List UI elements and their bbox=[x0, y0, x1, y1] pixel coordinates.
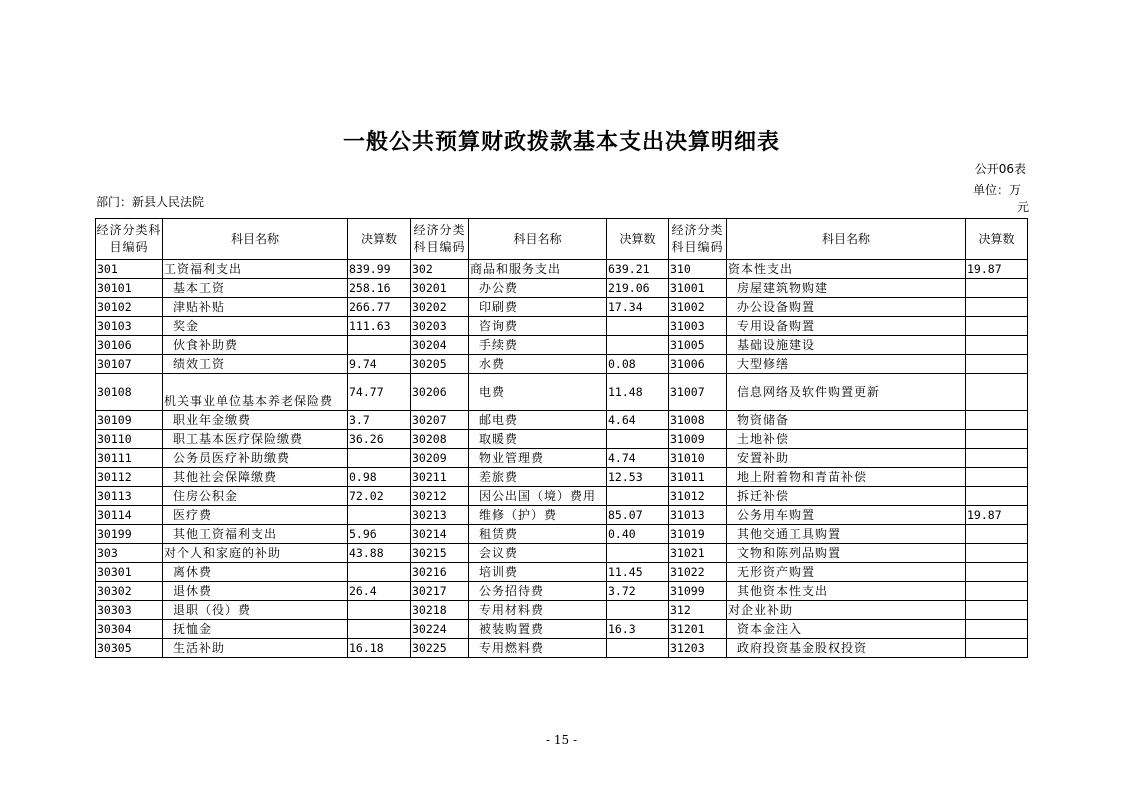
cell-amount bbox=[966, 411, 1028, 430]
cell-code: 30113 bbox=[96, 487, 163, 506]
cell-name: 政府投资基金股权投资 bbox=[727, 639, 966, 658]
cell-name: 租赁费 bbox=[469, 525, 607, 544]
cell-amount: 5.96 bbox=[348, 525, 411, 544]
cell-name: 专用设备购置 bbox=[727, 317, 966, 336]
form-number: 公开06表 bbox=[975, 160, 1026, 177]
cell-amount: 11.45 bbox=[607, 563, 669, 582]
cell-amount: 17.34 bbox=[607, 298, 669, 317]
cell-amount: 0.98 bbox=[348, 468, 411, 487]
cell-amount: 74.77 bbox=[348, 374, 411, 411]
cell-name: 文物和陈列品购置 bbox=[727, 544, 966, 563]
table-row: 30107绩效工资9.7430205水费0.0831006大型修缮 bbox=[96, 355, 1028, 374]
table-header-row: 经济分类科目编码 科目名称 决算数 经济分类科目编码 科目名称 决算数 经济分类… bbox=[96, 219, 1028, 260]
cell-amount: 3.72 bbox=[607, 582, 669, 601]
cell-code: 30106 bbox=[96, 336, 163, 355]
cell-code: 31007 bbox=[669, 374, 727, 411]
cell-name: 公务招待费 bbox=[469, 582, 607, 601]
cell-code: 31006 bbox=[669, 355, 727, 374]
cell-code: 30202 bbox=[411, 298, 469, 317]
cell-code: 30301 bbox=[96, 563, 163, 582]
header-amount-2: 决算数 bbox=[607, 219, 669, 260]
cell-name: 因公出国（境）费用 bbox=[469, 487, 607, 506]
cell-amount: 266.77 bbox=[348, 298, 411, 317]
cell-name: 资本性支出 bbox=[727, 260, 966, 279]
cell-amount bbox=[966, 298, 1028, 317]
cell-code: 31009 bbox=[669, 430, 727, 449]
cell-amount: 9.74 bbox=[348, 355, 411, 374]
cell-name: 物业管理费 bbox=[469, 449, 607, 468]
cell-code: 31201 bbox=[669, 620, 727, 639]
cell-name: 大型修缮 bbox=[727, 355, 966, 374]
cell-name: 对个人和家庭的补助 bbox=[163, 544, 348, 563]
cell-name: 医疗费 bbox=[163, 506, 348, 525]
cell-code: 30109 bbox=[96, 411, 163, 430]
cell-code: 303 bbox=[96, 544, 163, 563]
cell-name: 奖金 bbox=[163, 317, 348, 336]
cell-code: 31012 bbox=[669, 487, 727, 506]
cell-code: 301 bbox=[96, 260, 163, 279]
table-row: 30199其他工资福利支出5.9630214租赁费0.4031019其他交通工具… bbox=[96, 525, 1028, 544]
cell-name: 水费 bbox=[469, 355, 607, 374]
cell-code: 30206 bbox=[411, 374, 469, 411]
cell-name: 拆迁补偿 bbox=[727, 487, 966, 506]
cell-code: 30304 bbox=[96, 620, 163, 639]
cell-code: 30199 bbox=[96, 525, 163, 544]
cell-name: 办公费 bbox=[469, 279, 607, 298]
table-row: 301工资福利支出839.99302商品和服务支出639.21310资本性支出1… bbox=[96, 260, 1028, 279]
cell-code: 31019 bbox=[669, 525, 727, 544]
cell-code: 31203 bbox=[669, 639, 727, 658]
cell-amount: 16.3 bbox=[607, 620, 669, 639]
cell-amount bbox=[348, 601, 411, 620]
cell-amount bbox=[348, 620, 411, 639]
cell-code: 30216 bbox=[411, 563, 469, 582]
page-number: - 15 - bbox=[0, 733, 1123, 747]
cell-name: 印刷费 bbox=[469, 298, 607, 317]
unit-label-line2: 元 bbox=[973, 199, 1029, 216]
cell-name: 伙食补助费 bbox=[163, 336, 348, 355]
cell-amount bbox=[607, 317, 669, 336]
table-row: 30111公务员医疗补助缴费30209物业管理费4.7431010安置补助 bbox=[96, 449, 1028, 468]
cell-amount bbox=[966, 279, 1028, 298]
cell-name: 维修（护）费 bbox=[469, 506, 607, 525]
cell-amount bbox=[607, 430, 669, 449]
cell-name: 其他社会保障缴费 bbox=[163, 468, 348, 487]
cell-amount bbox=[966, 355, 1028, 374]
cell-amount bbox=[966, 487, 1028, 506]
header-name-2: 科目名称 bbox=[469, 219, 607, 260]
cell-name: 物资储备 bbox=[727, 411, 966, 430]
cell-code: 31002 bbox=[669, 298, 727, 317]
cell-code: 30217 bbox=[411, 582, 469, 601]
cell-amount: 4.64 bbox=[607, 411, 669, 430]
cell-name: 基础设施建设 bbox=[727, 336, 966, 355]
cell-name: 无形资产购置 bbox=[727, 563, 966, 582]
cell-name: 机关事业单位基本养老保险费 bbox=[163, 374, 348, 411]
cell-name: 其他交通工具购置 bbox=[727, 525, 966, 544]
cell-code: 30218 bbox=[411, 601, 469, 620]
table-row: 30110职工基本医疗保险缴费36.2630208取暖费31009土地补偿 bbox=[96, 430, 1028, 449]
cell-amount: 36.26 bbox=[348, 430, 411, 449]
cell-name: 差旅费 bbox=[469, 468, 607, 487]
cell-name: 地上附着物和青苗补偿 bbox=[727, 468, 966, 487]
cell-amount: 0.40 bbox=[607, 525, 669, 544]
cell-name: 绩效工资 bbox=[163, 355, 348, 374]
cell-amount bbox=[966, 525, 1028, 544]
cell-code: 30101 bbox=[96, 279, 163, 298]
cell-name: 基本工资 bbox=[163, 279, 348, 298]
header-name-3: 科目名称 bbox=[727, 219, 966, 260]
cell-amount: 12.53 bbox=[607, 468, 669, 487]
cell-name: 退职（役）费 bbox=[163, 601, 348, 620]
cell-amount bbox=[348, 506, 411, 525]
cell-amount bbox=[966, 430, 1028, 449]
table-row: 30113住房公积金72.0230212因公出国（境）费用31012拆迁补偿 bbox=[96, 487, 1028, 506]
cell-amount: 219.06 bbox=[607, 279, 669, 298]
cell-code: 30215 bbox=[411, 544, 469, 563]
cell-name: 电费 bbox=[469, 374, 607, 411]
cell-code: 31005 bbox=[669, 336, 727, 355]
cell-name: 专用燃料费 bbox=[469, 639, 607, 658]
cell-code: 30203 bbox=[411, 317, 469, 336]
cell-name: 商品和服务支出 bbox=[469, 260, 607, 279]
cell-code: 310 bbox=[669, 260, 727, 279]
cell-amount bbox=[607, 336, 669, 355]
department-label: 部门：新县人民法院 bbox=[96, 193, 204, 210]
cell-code: 30107 bbox=[96, 355, 163, 374]
cell-code: 31010 bbox=[669, 449, 727, 468]
unit-label-line1: 单位：万 bbox=[973, 182, 1029, 199]
cell-amount bbox=[966, 601, 1028, 620]
cell-amount: 26.4 bbox=[348, 582, 411, 601]
cell-code: 31001 bbox=[669, 279, 727, 298]
cell-code: 30225 bbox=[411, 639, 469, 658]
page-title: 一般公共预算财政拨款基本支出决算明细表 bbox=[0, 125, 1123, 156]
cell-name: 津贴补贴 bbox=[163, 298, 348, 317]
cell-amount bbox=[607, 601, 669, 620]
cell-amount bbox=[966, 317, 1028, 336]
cell-amount bbox=[966, 544, 1028, 563]
cell-code: 30207 bbox=[411, 411, 469, 430]
table-row: 30101基本工资258.1630201办公费219.0631001房屋建筑物购… bbox=[96, 279, 1028, 298]
table-row: 30302退休费26.430217公务招待费3.7231099其他资本性支出 bbox=[96, 582, 1028, 601]
cell-code: 31099 bbox=[669, 582, 727, 601]
table-row: 30106伙食补助费30204手续费31005基础设施建设 bbox=[96, 336, 1028, 355]
cell-code: 30213 bbox=[411, 506, 469, 525]
cell-amount: 19.87 bbox=[966, 506, 1028, 525]
table-body: 301工资福利支出839.99302商品和服务支出639.21310资本性支出1… bbox=[96, 260, 1028, 658]
cell-name: 职业年金缴费 bbox=[163, 411, 348, 430]
cell-amount: 16.18 bbox=[348, 639, 411, 658]
cell-name: 培训费 bbox=[469, 563, 607, 582]
cell-code: 30208 bbox=[411, 430, 469, 449]
cell-code: 30305 bbox=[96, 639, 163, 658]
cell-name: 生活补助 bbox=[163, 639, 348, 658]
cell-amount bbox=[966, 639, 1028, 658]
cell-name: 工资福利支出 bbox=[163, 260, 348, 279]
cell-code: 30110 bbox=[96, 430, 163, 449]
cell-name: 对企业补助 bbox=[727, 601, 966, 620]
cell-amount: 111.63 bbox=[348, 317, 411, 336]
cell-name: 其他资本性支出 bbox=[727, 582, 966, 601]
cell-name: 咨询费 bbox=[469, 317, 607, 336]
cell-code: 30103 bbox=[96, 317, 163, 336]
cell-name: 退休费 bbox=[163, 582, 348, 601]
cell-name: 其他工资福利支出 bbox=[163, 525, 348, 544]
cell-code: 30111 bbox=[96, 449, 163, 468]
cell-amount: 639.21 bbox=[607, 260, 669, 279]
cell-amount: 0.08 bbox=[607, 355, 669, 374]
cell-amount bbox=[966, 582, 1028, 601]
table-row: 30301离休费30216培训费11.4531022无形资产购置 bbox=[96, 563, 1028, 582]
table-row: 30103奖金111.6330203咨询费31003专用设备购置 bbox=[96, 317, 1028, 336]
cell-name: 专用材料费 bbox=[469, 601, 607, 620]
cell-amount bbox=[966, 468, 1028, 487]
cell-code: 31013 bbox=[669, 506, 727, 525]
cell-code: 31021 bbox=[669, 544, 727, 563]
unit-label: 单位：万 元 bbox=[973, 182, 1029, 216]
cell-amount bbox=[966, 563, 1028, 582]
cell-name: 会议费 bbox=[469, 544, 607, 563]
table-row: 30108机关事业单位基本养老保险费74.7730206电费11.4831007… bbox=[96, 374, 1028, 411]
header-name-1: 科目名称 bbox=[163, 219, 348, 260]
table-row: 30114医疗费30213维修（护）费85.0731013公务用车购置19.87 bbox=[96, 506, 1028, 525]
cell-name: 办公设备购置 bbox=[727, 298, 966, 317]
header-amount-3: 决算数 bbox=[966, 219, 1028, 260]
expenditure-table: 经济分类科目编码 科目名称 决算数 经济分类科目编码 科目名称 决算数 经济分类… bbox=[95, 218, 1028, 658]
cell-name: 公务员医疗补助缴费 bbox=[163, 449, 348, 468]
cell-code: 31003 bbox=[669, 317, 727, 336]
cell-amount: 72.02 bbox=[348, 487, 411, 506]
cell-amount bbox=[966, 336, 1028, 355]
cell-name: 土地补偿 bbox=[727, 430, 966, 449]
cell-name: 信息网络及软件购置更新 bbox=[727, 374, 966, 411]
cell-code: 30224 bbox=[411, 620, 469, 639]
cell-name: 住房公积金 bbox=[163, 487, 348, 506]
table-row: 30303退职（役）费30218专用材料费312对企业补助 bbox=[96, 601, 1028, 620]
cell-code: 30114 bbox=[96, 506, 163, 525]
header-code-2: 经济分类科目编码 bbox=[411, 219, 469, 260]
table-row: 30102津贴补贴266.7730202印刷费17.3431002办公设备购置 bbox=[96, 298, 1028, 317]
cell-amount bbox=[966, 620, 1028, 639]
cell-amount: 11.48 bbox=[607, 374, 669, 411]
table-row: 30305生活补助16.1830225专用燃料费31203政府投资基金股权投资 bbox=[96, 639, 1028, 658]
cell-code: 302 bbox=[411, 260, 469, 279]
cell-amount bbox=[966, 374, 1028, 411]
cell-name: 公务用车购置 bbox=[727, 506, 966, 525]
table-row: 30109职业年金缴费3.730207邮电费4.6431008物资储备 bbox=[96, 411, 1028, 430]
cell-code: 31011 bbox=[669, 468, 727, 487]
cell-code: 30112 bbox=[96, 468, 163, 487]
cell-amount: 4.74 bbox=[607, 449, 669, 468]
header-code-3: 经济分类科目编码 bbox=[669, 219, 727, 260]
cell-name: 职工基本医疗保险缴费 bbox=[163, 430, 348, 449]
cell-amount bbox=[348, 563, 411, 582]
header-amount-1: 决算数 bbox=[348, 219, 411, 260]
cell-code: 30209 bbox=[411, 449, 469, 468]
cell-name: 邮电费 bbox=[469, 411, 607, 430]
table-row: 303对个人和家庭的补助43.8830215会议费31021文物和陈列品购置 bbox=[96, 544, 1028, 563]
cell-amount: 85.07 bbox=[607, 506, 669, 525]
cell-code: 30108 bbox=[96, 374, 163, 411]
cell-amount bbox=[966, 449, 1028, 468]
cell-name: 资本金注入 bbox=[727, 620, 966, 639]
cell-amount: 839.99 bbox=[348, 260, 411, 279]
cell-name: 被装购置费 bbox=[469, 620, 607, 639]
cell-amount: 43.88 bbox=[348, 544, 411, 563]
cell-code: 30204 bbox=[411, 336, 469, 355]
header-code-1: 经济分类科目编码 bbox=[96, 219, 163, 260]
cell-code: 31022 bbox=[669, 563, 727, 582]
cell-amount: 3.7 bbox=[348, 411, 411, 430]
cell-code: 312 bbox=[669, 601, 727, 620]
cell-code: 31008 bbox=[669, 411, 727, 430]
cell-name: 取暖费 bbox=[469, 430, 607, 449]
cell-code: 30201 bbox=[411, 279, 469, 298]
cell-name: 安置补助 bbox=[727, 449, 966, 468]
cell-amount bbox=[348, 336, 411, 355]
cell-amount bbox=[607, 544, 669, 563]
cell-code: 30214 bbox=[411, 525, 469, 544]
cell-code: 30102 bbox=[96, 298, 163, 317]
cell-amount bbox=[607, 639, 669, 658]
cell-amount bbox=[348, 449, 411, 468]
cell-code: 30205 bbox=[411, 355, 469, 374]
table-row: 30112其他社会保障缴费0.9830211差旅费12.5331011地上附着物… bbox=[96, 468, 1028, 487]
cell-amount: 258.16 bbox=[348, 279, 411, 298]
cell-amount bbox=[607, 487, 669, 506]
cell-name: 房屋建筑物购建 bbox=[727, 279, 966, 298]
cell-name: 手续费 bbox=[469, 336, 607, 355]
cell-code: 30211 bbox=[411, 468, 469, 487]
cell-name: 抚恤金 bbox=[163, 620, 348, 639]
cell-code: 30212 bbox=[411, 487, 469, 506]
table-row: 30304抚恤金30224被装购置费16.331201资本金注入 bbox=[96, 620, 1028, 639]
cell-code: 30303 bbox=[96, 601, 163, 620]
cell-name: 离休费 bbox=[163, 563, 348, 582]
cell-code: 30302 bbox=[96, 582, 163, 601]
cell-amount: 19.87 bbox=[966, 260, 1028, 279]
